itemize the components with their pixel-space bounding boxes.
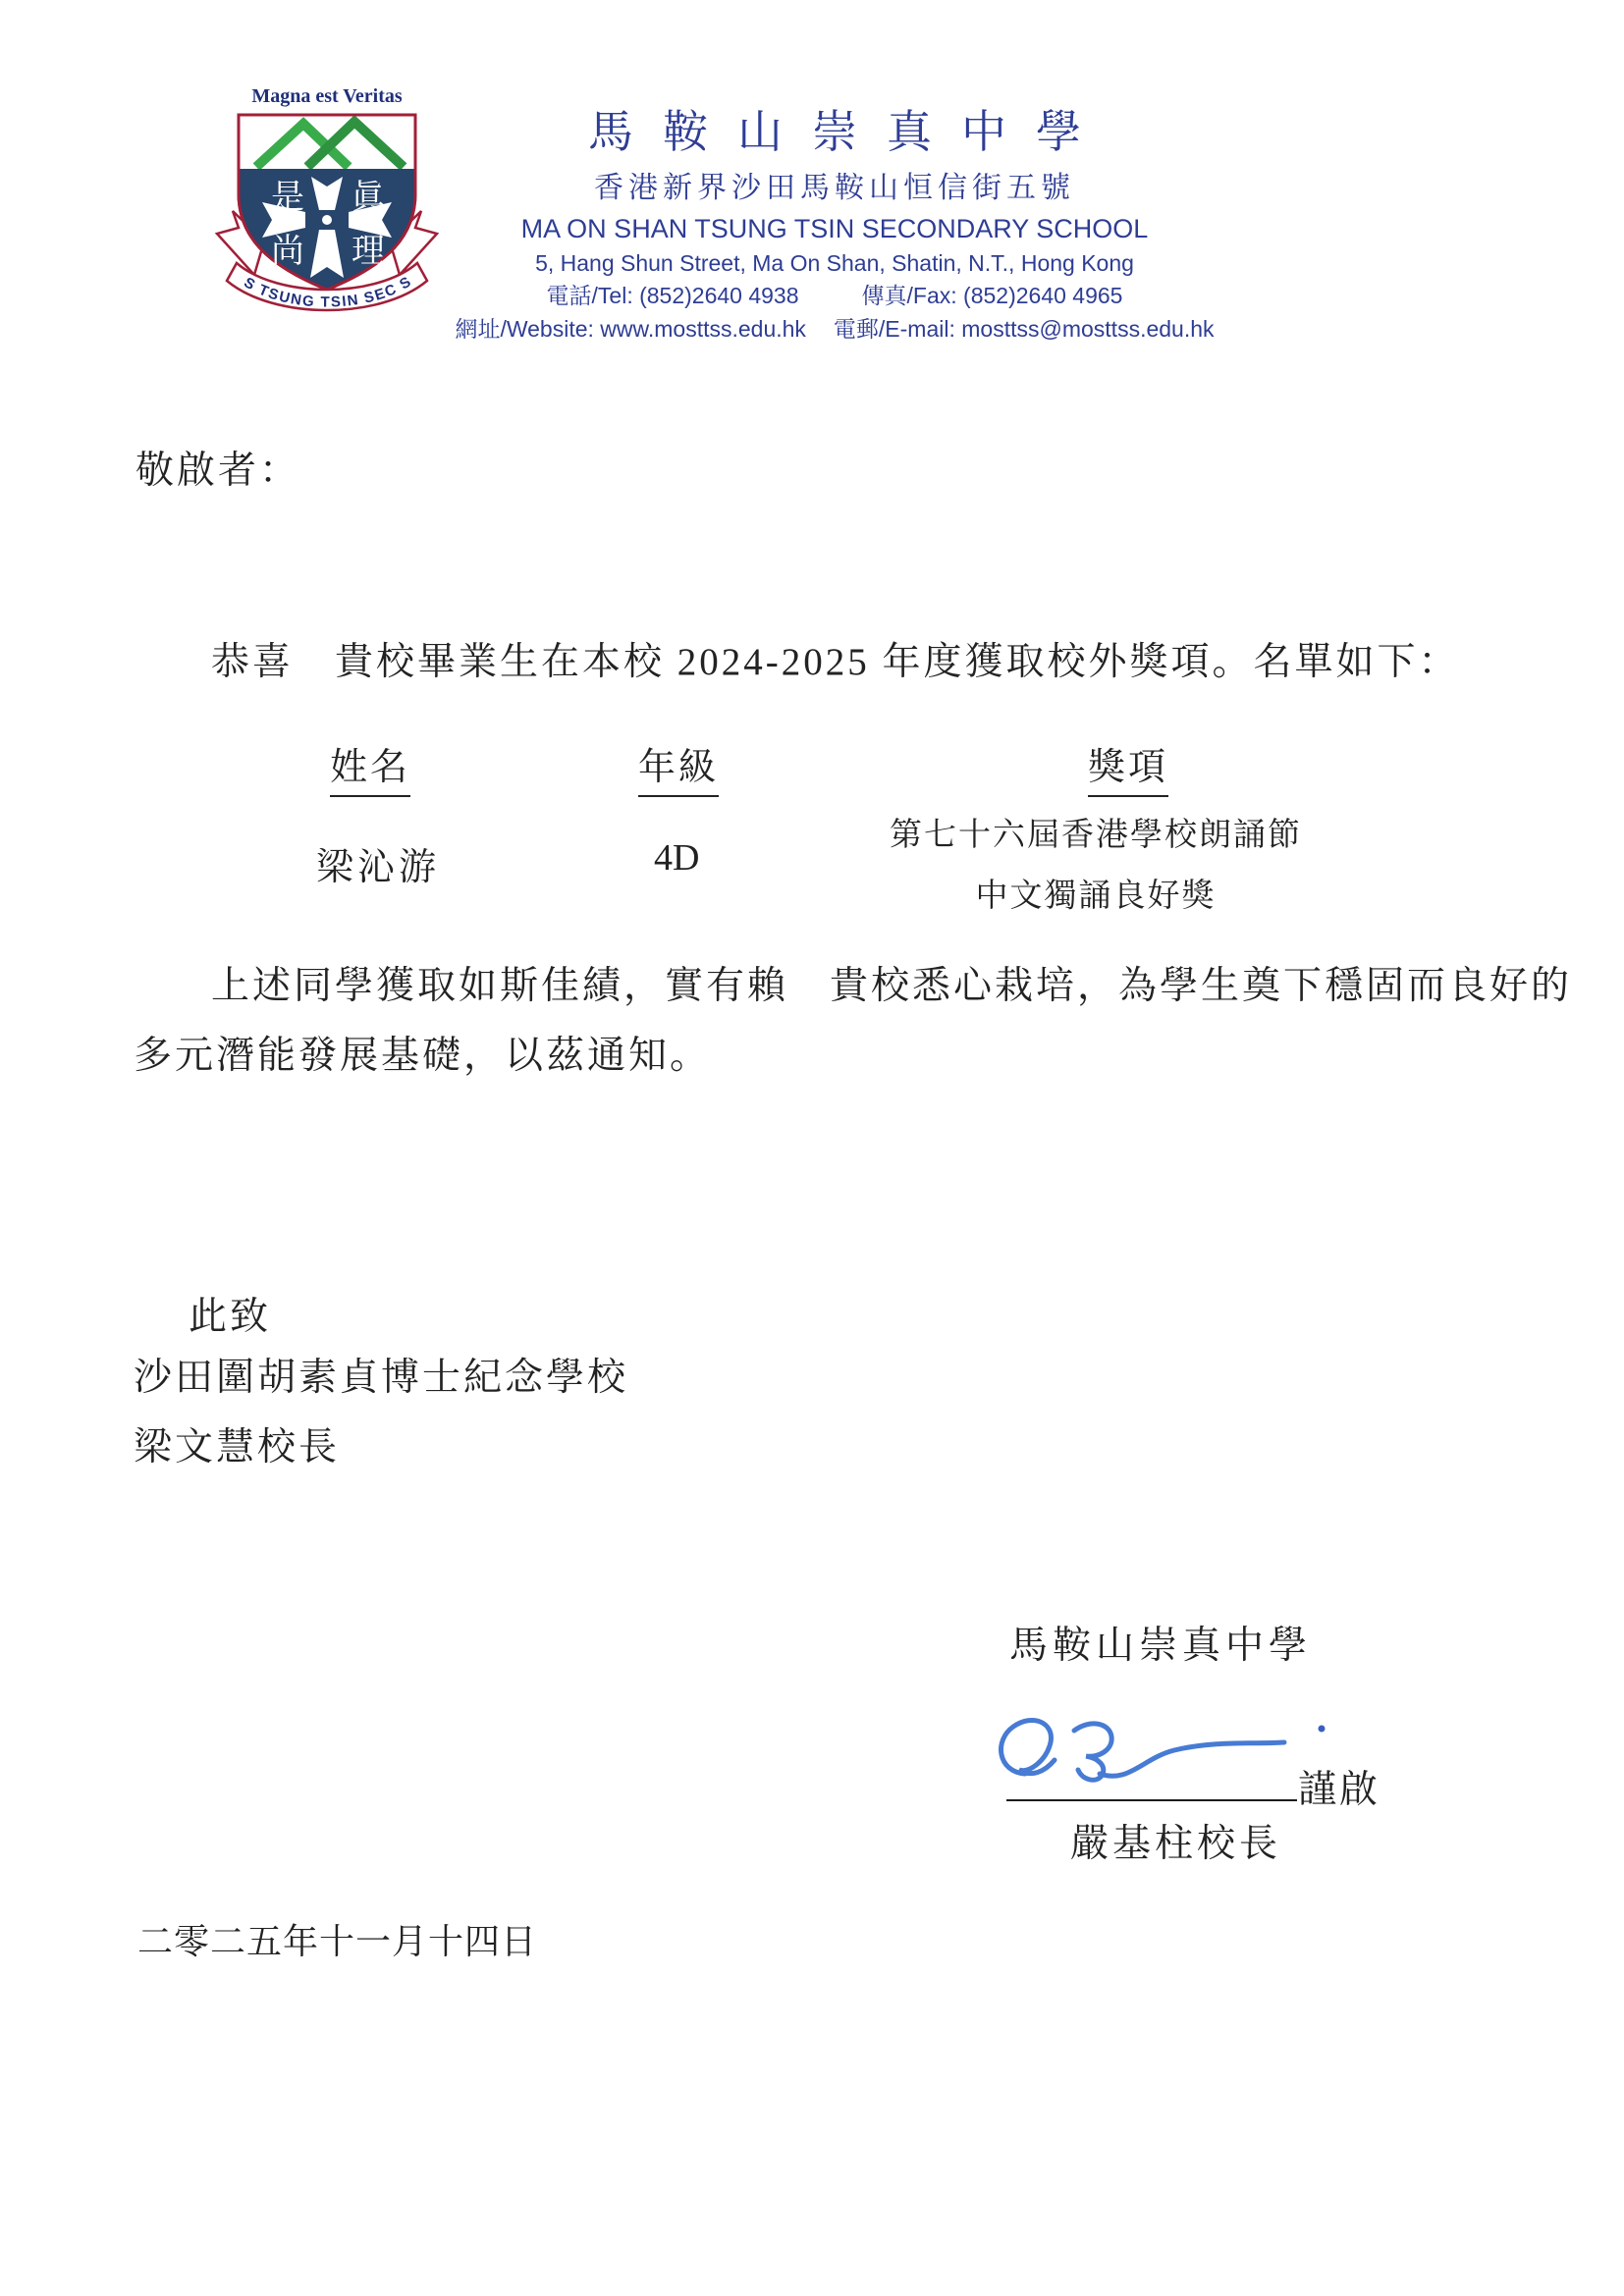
school-name-zh: 馬鞍山崇真中學 <box>422 104 1247 159</box>
fax-label: 傳真/Fax: (852)2640 4965 <box>862 283 1123 308</box>
student-class: 4D <box>654 836 699 880</box>
crest-char-1: 是 <box>271 180 304 216</box>
column-header-name: 姓名 <box>330 736 410 797</box>
recipient-school: 沙田圍胡素貞博士紀念學校 <box>134 1347 628 1402</box>
column-header-class: 年級 <box>638 736 719 797</box>
crest-motto: Magna est Veritas <box>251 85 403 107</box>
school-address-en: 5, Hang Shun Street, Ma On Shan, Shatin,… <box>422 247 1247 279</box>
salutation: 敬啟者： <box>135 440 300 495</box>
sender-school: 馬鞍山崇真中學 <box>1009 1615 1312 1670</box>
student-name: 梁沁游 <box>316 836 440 890</box>
intro-line: 恭喜 貴校畢業生在本校 2024-2025 年度獲取校外獎項。名單如下： <box>211 631 1460 686</box>
body-paragraph-line-2: 多元潛能發展基礎，以茲通知。 <box>134 1025 711 1080</box>
recipient-principal: 梁文慧校長 <box>134 1416 340 1471</box>
tel-label: 電話/Tel: (852)2640 4938 <box>547 283 799 308</box>
award-line-1: 第七十六屆香港學校朗誦節 <box>884 805 1308 866</box>
crest-char-3: 尚 <box>271 233 304 270</box>
respectfully-label: 謹啟 <box>1298 1759 1380 1814</box>
crest-char-2: 眞 <box>352 179 387 216</box>
phone-fax-row: 電話/Tel: (852)2640 4938傳真/Fax: (852)2640 … <box>422 279 1247 312</box>
website-label: 網址/Website: www.mosttss.edu.hk <box>455 316 805 342</box>
closing-phrase: 此致 <box>189 1286 271 1341</box>
school-name-en: MA ON SHAN TSUNG TSIN SECONDARY SCHOOL <box>422 212 1247 245</box>
letterhead-text: 馬鞍山崇真中學 香港新界沙田馬鞍山恒信街五號 MA ON SHAN TSUNG … <box>422 104 1247 346</box>
award-line-2: 中文獨誦良好獎 <box>884 866 1308 927</box>
school-crest-logo: Magna est Veritas 是 眞 尚 理 <box>201 80 453 326</box>
signature-line <box>1006 1799 1297 1801</box>
web-email-row: 網址/Website: www.mosttss.edu.hk電郵/E-mail:… <box>422 312 1247 346</box>
crest-char-4: 理 <box>352 234 385 270</box>
letter-date: 二零二五年十一月十四日 <box>137 1914 537 1964</box>
column-header-award: 獎項 <box>1088 736 1168 797</box>
letter-page: Magna est Veritas 是 眞 尚 理 <box>0 0 1624 2296</box>
email-label: 電郵/E-mail: mosttss@mosttss.edu.hk <box>834 316 1215 342</box>
sender-principal: 嚴基柱校長 <box>1070 1813 1281 1868</box>
school-address-zh: 香港新界沙田馬鞍山恒信街五號 <box>422 167 1247 210</box>
body-paragraph-line-1: 上述同學獲取如斯佳績，實有賴 貴校悉心栽培，為學生奠下穩固而良好的 <box>211 955 1572 1010</box>
student-award: 第七十六屆香港學校朗誦節 中文獨誦良好獎 <box>884 805 1308 927</box>
